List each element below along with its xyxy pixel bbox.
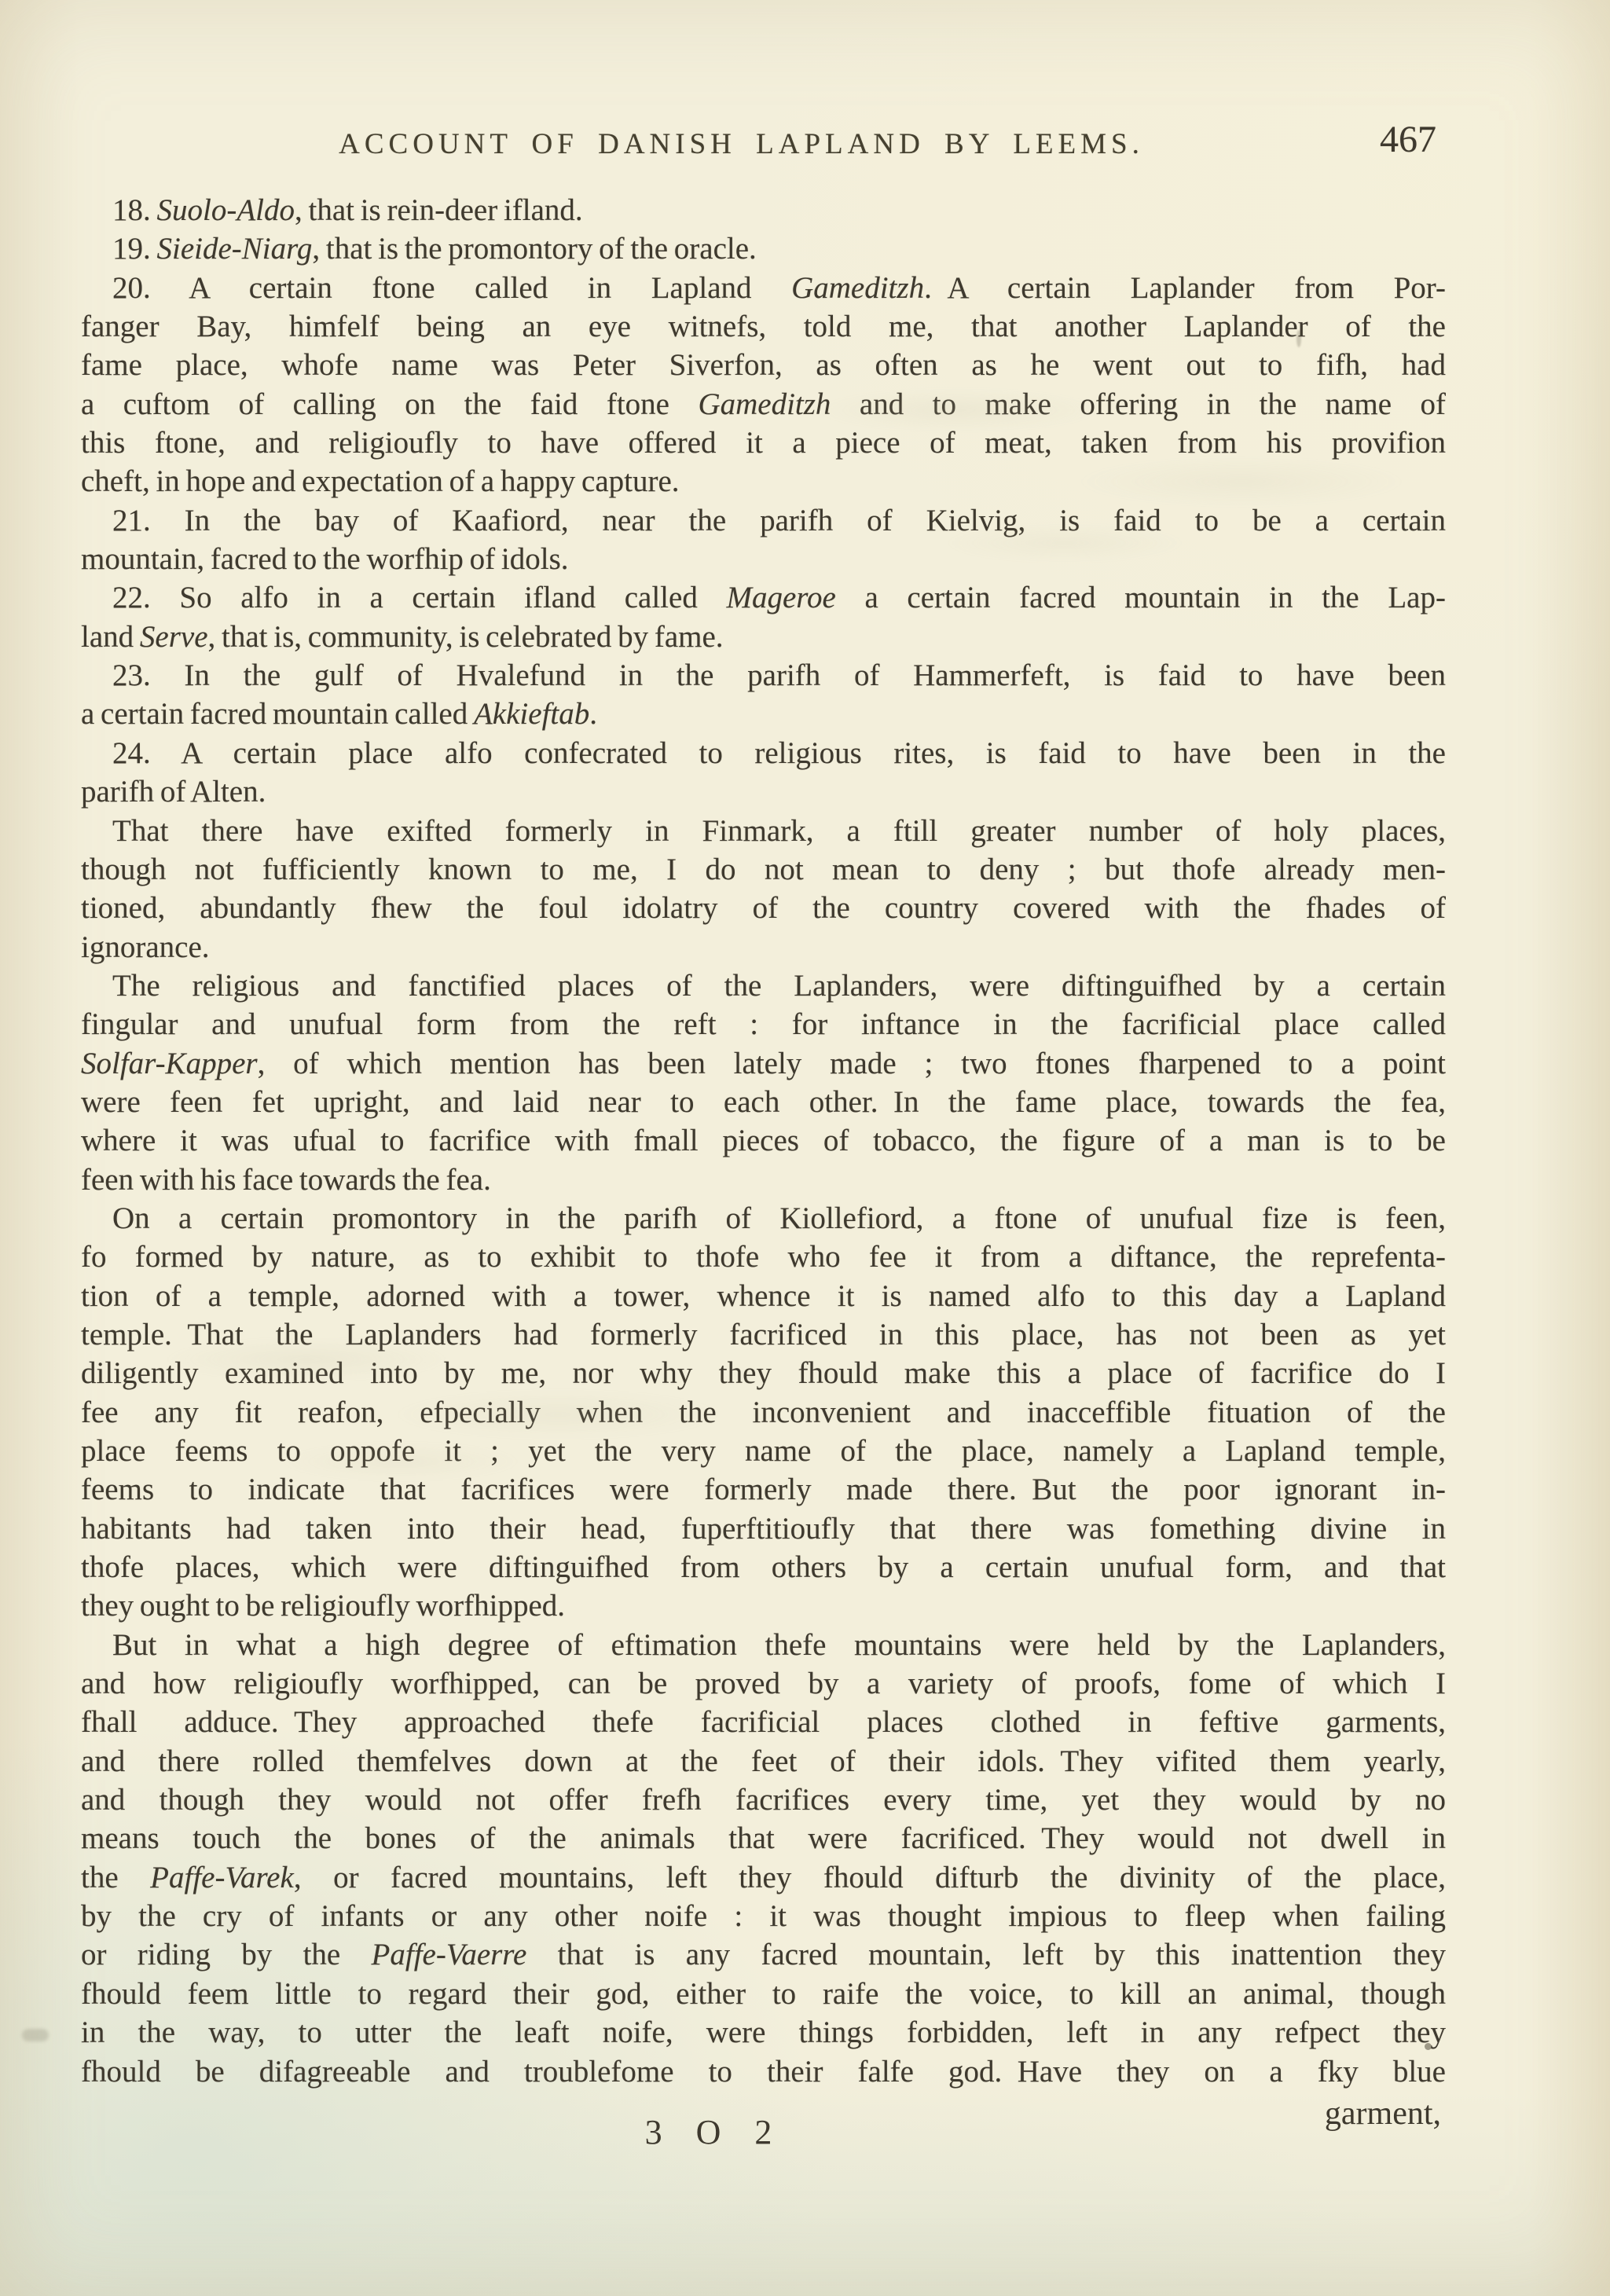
text-line: Solfar-Kapper, of which mention has been…	[81, 1044, 1446, 1083]
text-run: , that is rein-deer ifland.	[295, 193, 583, 227]
text-run: fo formed by nature, as to exhibit to th…	[81, 1240, 1446, 1274]
italic-name: Mageroe	[726, 581, 835, 614]
text-run: the	[81, 1861, 150, 1894]
text-run: cheft, in hope and expectation of a happ…	[81, 464, 680, 498]
text-run: , or facred mountains, left they fhould …	[294, 1861, 1446, 1894]
age-speck	[1296, 330, 1301, 347]
text-line: feems to indicate that facrifices were f…	[81, 1470, 1446, 1509]
text-line: temple. That the Laplanders had formerly…	[81, 1315, 1446, 1354]
italic-name: Gameditzh	[791, 271, 924, 305]
page-header: ACCOUNT OF DANISH LAPLAND BY LEEMS. 467	[81, 118, 1446, 173]
text-run: . A certain Laplander from Por-	[924, 271, 1446, 305]
text-run: where it was ufual to facrifice with fma…	[81, 1124, 1446, 1157]
text-run: and though they would not offer frefh fa…	[81, 1783, 1446, 1817]
page-footer: 3 O 2 garment,	[81, 2089, 1446, 2175]
text-line: and there rolled themfelves down at the …	[81, 1742, 1446, 1781]
text-line: feen with his face towards the fea.	[81, 1161, 1446, 1199]
text-run: .	[589, 697, 597, 731]
text-run: 23. In the gulf of Hvalefund in the pari…	[112, 658, 1446, 692]
text-run: a certain facred mountain in the Lap-	[836, 581, 1446, 614]
text-line: means touch the bones of the animals tha…	[81, 1819, 1446, 1858]
running-head-title: ACCOUNT OF DANISH LAPLAND BY LEEMS.	[59, 127, 1424, 161]
text-line: or riding by the Paffe-Vaerre that is an…	[81, 1935, 1446, 1974]
text-line: 18. Suolo-Aldo, that is rein-deer ifland…	[81, 191, 1446, 229]
body-text: 18. Suolo-Aldo, that is rein-deer ifland…	[81, 191, 1446, 2091]
age-speck	[1425, 2043, 1432, 2050]
text-run: feen with his face towards the fea.	[81, 1163, 491, 1197]
italic-name: Suolo-Aldo	[157, 193, 295, 227]
text-line: land Serve, that is, community, is celeb…	[81, 618, 1446, 656]
text-line: 20. A certain ftone called in Lapland Ga…	[81, 269, 1446, 307]
text-line: habitants had taken into their head, fup…	[81, 1509, 1446, 1548]
text-run: fee any fit reafon, efpecially when the …	[81, 1396, 1446, 1429]
text-run: fanger Bay, himfelf being an eye witnefs…	[81, 310, 1446, 343]
text-run: by the cry of infants or any other noife…	[81, 1899, 1446, 1933]
text-run: 20. A certain ftone called in Lapland	[112, 271, 791, 305]
text-line: though not fufficiently known to me, I d…	[81, 850, 1446, 889]
text-line: 24. A certain place alfo confecrated to …	[81, 734, 1446, 772]
text-run: thofe places, which were diftinguifhed f…	[81, 1550, 1446, 1584]
text-run: place feems to oppofe it ; yet the very …	[81, 1434, 1446, 1468]
text-run: diligently examined into by me, nor why …	[81, 1356, 1446, 1390]
text-line: fo formed by nature, as to exhibit to th…	[81, 1238, 1446, 1276]
text-line: fhall adduce. They approached thefe facr…	[81, 1703, 1446, 1741]
text-line: and how religioufly worfhipped, can be p…	[81, 1664, 1446, 1703]
text-run: fame place, whofe name was Peter Siverfo…	[81, 348, 1446, 382]
text-line: tioned, abundantly fhew the foul idolatr…	[81, 889, 1446, 927]
text-line: cheft, in hope and expectation of a happ…	[81, 462, 1446, 501]
italic-name: Solfar-Kapper	[81, 1047, 258, 1080]
text-run: 19.	[112, 232, 157, 266]
catchword: garment,	[1325, 2095, 1441, 2133]
text-run: parifh of Alten.	[81, 775, 266, 809]
text-line: the Paffe-Varek, or facred mountains, le…	[81, 1858, 1446, 1897]
text-line: in the way, to utter the leaft noife, we…	[81, 2013, 1446, 2052]
text-line: fingular and unufual form from the reft …	[81, 1005, 1446, 1043]
text-run: fhall adduce. They approached thefe facr…	[81, 1705, 1446, 1739]
italic-name: Serve	[140, 620, 208, 654]
text-run: temple. That the Laplanders had formerly…	[81, 1318, 1446, 1352]
text-run: , that is the promontory of the oracle.	[312, 232, 756, 266]
text-run: and there rolled themfelves down at the …	[81, 1744, 1446, 1778]
text-line: 21. In the bay of Kaafiord, near the par…	[81, 501, 1446, 540]
text-run: ignorance.	[81, 930, 210, 964]
text-line: place feems to oppofe it ; yet the very …	[81, 1432, 1446, 1470]
text-line: where it was ufual to facrifice with fma…	[81, 1121, 1446, 1160]
text-line: That there have exifted formerly in Finm…	[81, 812, 1446, 850]
text-run: That there have exifted formerly in Finm…	[112, 814, 1446, 848]
text-line: fame place, whofe name was Peter Siverfo…	[81, 346, 1446, 384]
text-run: , that is, community, is celebrated by f…	[208, 620, 724, 654]
signature-mark: 3 O 2	[32, 2112, 1397, 2152]
text-run: in the way, to utter the leaft noife, we…	[81, 2015, 1446, 2049]
text-run: that is any facred mountain, left by thi…	[526, 1938, 1446, 1971]
page-number: 467	[1380, 118, 1436, 161]
age-speck	[22, 2029, 49, 2041]
text-line: this ftone, and religioufly to have offe…	[81, 424, 1446, 462]
text-run: were feen fet upright, and laid near to …	[81, 1085, 1446, 1119]
text-run: a certain facred mountain called	[81, 697, 474, 731]
text-line: they ought to be religioufly worfhipped.	[81, 1586, 1446, 1625]
text-line: fhould feem little to regard their god, …	[81, 1975, 1446, 2013]
scanned-page: ACCOUNT OF DANISH LAPLAND BY LEEMS. 467 …	[0, 0, 1610, 2296]
text-run: On a certain promontory in the parifh of…	[112, 1201, 1446, 1235]
text-line: diligently examined into by me, nor why …	[81, 1354, 1446, 1392]
text-line: fhould be difagreeable and troublefome t…	[81, 2052, 1446, 2091]
text-line: 23. In the gulf of Hvalefund in the pari…	[81, 656, 1446, 695]
text-line: a cuftom of calling on the faid ftone Ga…	[81, 385, 1446, 424]
text-run: habitants had taken into their head, fup…	[81, 1512, 1446, 1546]
text-run: or riding by the	[81, 1938, 372, 1971]
italic-name: Sieide-Niarg	[157, 232, 313, 266]
text-line: ignorance.	[81, 928, 1446, 966]
text-line: tion of a temple, adorned with a tower, …	[81, 1277, 1446, 1315]
text-line: were feen fet upright, and laid near to …	[81, 1083, 1446, 1121]
italic-name: Gameditzh	[698, 387, 831, 421]
text-line: But in what a high degree of eftimation …	[81, 1626, 1446, 1664]
text-line: fanger Bay, himfelf being an eye witnefs…	[81, 307, 1446, 346]
text-run: a cuftom of calling on the faid ftone	[81, 387, 698, 421]
text-run: they ought to be religioufly worfhipped.	[81, 1589, 565, 1623]
text-line: 22. So alfo in a certain ifland called M…	[81, 578, 1446, 617]
italic-name: Paffe-Varek	[150, 1861, 294, 1894]
text-run: means touch the bones of the animals tha…	[81, 1821, 1446, 1855]
text-line: by the cry of infants or any other noife…	[81, 1897, 1446, 1935]
text-line: thofe places, which were diftinguifhed f…	[81, 1548, 1446, 1586]
text-line: 19. Sieide-Niarg, that is the promontory…	[81, 229, 1446, 268]
text-run: 21. In the bay of Kaafiord, near the par…	[112, 504, 1446, 537]
text-run: and to make offering in the name of	[831, 387, 1446, 421]
text-run: and how religioufly worfhipped, can be p…	[81, 1667, 1446, 1700]
text-run: The religious and fanctified places of t…	[112, 969, 1446, 1003]
text-line: parifh of Alten.	[81, 772, 1446, 811]
text-run: tion of a temple, adorned with a tower, …	[81, 1279, 1446, 1313]
text-run: land	[81, 620, 140, 654]
italic-name: Paffe-Vaerre	[372, 1938, 527, 1971]
text-run: this ftone, and religioufly to have offe…	[81, 426, 1446, 460]
text-run: 18.	[112, 193, 157, 227]
text-line: mountain, facred to the worfhip of idols…	[81, 540, 1446, 578]
text-run: feems to indicate that facrifices were f…	[81, 1473, 1446, 1506]
text-line: On a certain promontory in the parifh of…	[81, 1199, 1446, 1238]
italic-name: Akkieftab	[474, 697, 589, 731]
text-run: 24. A certain place alfo confecrated to …	[112, 736, 1446, 770]
text-line: The religious and fanctified places of t…	[81, 966, 1446, 1005]
text-run: mountain, facred to the worfhip of idols…	[81, 542, 569, 576]
text-run: fingular and unufual form from the reft …	[81, 1007, 1446, 1041]
text-line: and though they would not offer frefh fa…	[81, 1781, 1446, 1819]
text-run: But in what a high degree of eftimation …	[112, 1628, 1446, 1662]
text-run: fhould feem little to regard their god, …	[81, 1977, 1446, 2011]
text-line: fee any fit reafon, efpecially when the …	[81, 1393, 1446, 1432]
text-run: , of which mention has been lately made …	[258, 1047, 1446, 1080]
text-run: 22. So alfo in a certain ifland called	[112, 581, 726, 614]
text-run: fhould be difagreeable and troublefome t…	[81, 2055, 1446, 2089]
text-run: tioned, abundantly fhew the foul idolatr…	[81, 891, 1446, 925]
text-line: a certain facred mountain called Akkieft…	[81, 695, 1446, 733]
text-run: though not fufficiently known to me, I d…	[81, 853, 1446, 886]
